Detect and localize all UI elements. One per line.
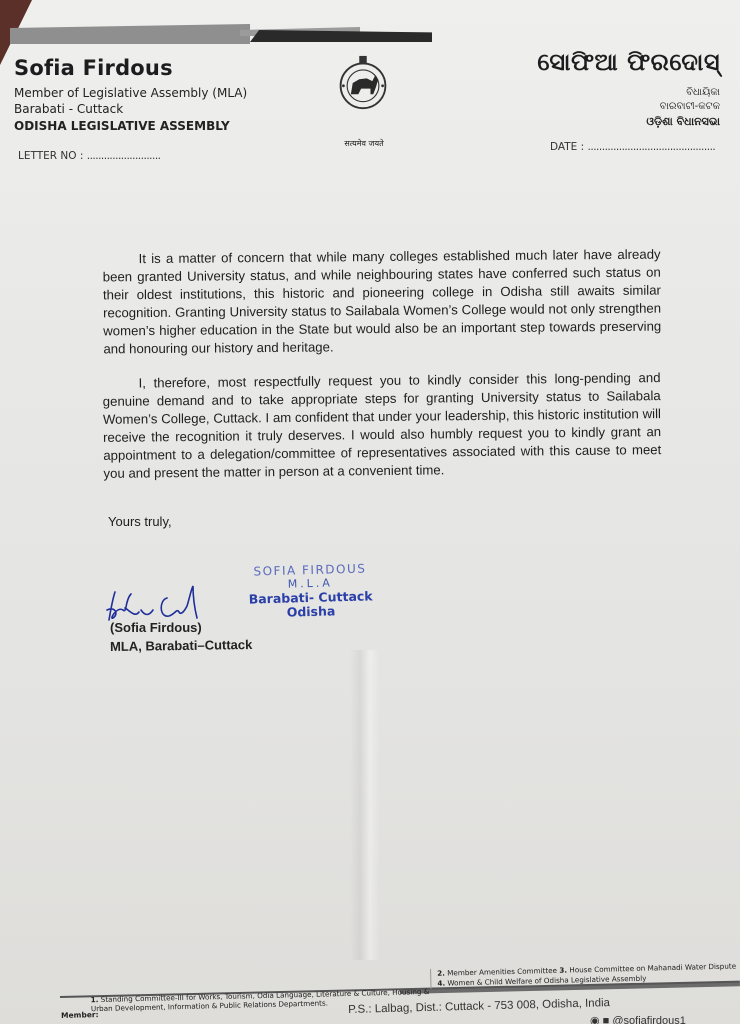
sender-designation-odia: ବିଧାୟିକା — [686, 87, 720, 98]
letter-number-label: LETTER NO : — [18, 150, 83, 162]
committee-number: 4. — [437, 979, 445, 988]
letter-number-value: .......................... — [87, 150, 161, 162]
odisha-emblem-icon — [335, 55, 391, 111]
letter-page: Sofia Firdous Member of Legislative Asse… — [0, 0, 740, 1024]
date-value: ........................................… — [588, 141, 716, 153]
paragraph-text: It is a matter of concern that while man… — [103, 247, 662, 357]
header-band-grey — [10, 24, 250, 44]
paragraph-text: I, therefore, most respectfully request … — [103, 370, 662, 481]
sender-name-odia: ସୋଫିଆ ଫିରଦୋସ୍ — [537, 48, 720, 76]
official-stamp: SOFIA FIRDOUS M.L.A Barabati- Cuttack Od… — [227, 561, 393, 621]
body-paragraph-2: I, therefore, most respectfully request … — [102, 369, 661, 483]
committee-number: 2. — [437, 969, 445, 978]
body-paragraph-1: It is a matter of concern that while man… — [103, 246, 662, 359]
sender-assembly: ODISHA LEGISLATIVE ASSEMBLY — [14, 119, 230, 133]
footer-social: ◉ ■ @sofiafirdous1 — [590, 1014, 686, 1024]
date-label: DATE : — [550, 141, 584, 153]
social-handle: @sofiafirdous1 — [612, 1015, 686, 1024]
sender-constituency: Barabati - Cuttack — [14, 102, 123, 116]
sender-constituency-odia: ବାରବାଟୀ-କଟକ — [660, 101, 720, 112]
sender-assembly-odia: ଓଡ଼ିଶା ବିଧାନସଭା — [646, 115, 720, 129]
signatory-name: (Sofia Firdous) — [110, 620, 202, 635]
sender-name: Sofia Firdous — [14, 56, 173, 80]
date-field: DATE : .................................… — [550, 141, 715, 153]
closing-salutation: Yours truly, — [108, 514, 172, 529]
committee-number: 3. — [559, 966, 567, 975]
social-media-icon: ◉ ■ — [590, 1015, 612, 1024]
emblem-motto: सत्यमेव जयते — [336, 138, 392, 149]
letter-number-field: LETTER NO : .......................... — [18, 150, 161, 162]
handwritten-signature-icon — [105, 580, 215, 625]
committee-number: 1. — [91, 995, 99, 1004]
sender-designation: Member of Legislative Assembly (MLA) — [14, 86, 247, 100]
signatory-title: MLA, Barabati–Cuttack — [110, 637, 253, 654]
header-band-dark — [250, 30, 432, 42]
paper-crease — [350, 650, 380, 960]
footer-committees: Member: 1. Standing Committee-III for Wo… — [60, 955, 740, 972]
